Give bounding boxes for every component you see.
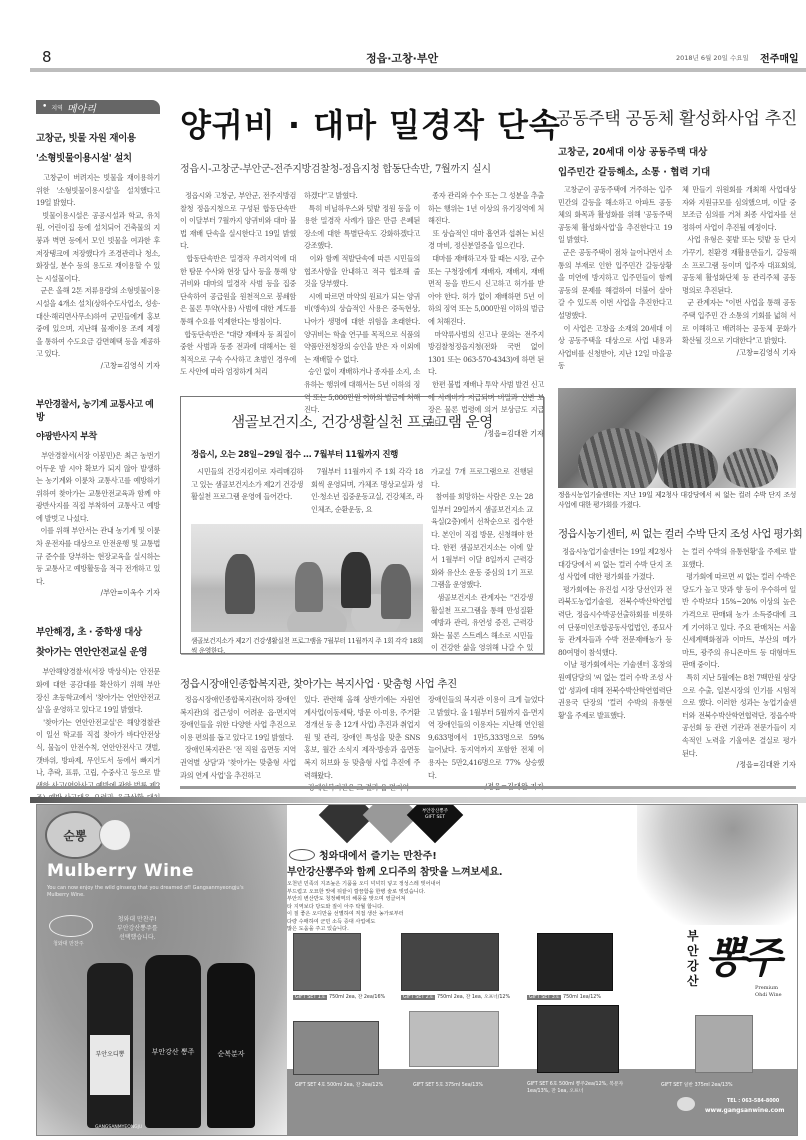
housing-byline: /고창=김영식 기자 [682,348,796,358]
sidebar-article-2: 부안경찰서, 농기계 교통사고 예방 야광반사지 부착 부안경찰서(서장 이봉민… [36,397,160,599]
article-bottom-rule [180,786,796,789]
lead-headline: 양귀비 · 대마 밀경작 단속 [180,100,561,146]
sidebar-label-prefix: 지역 [51,103,63,112]
gift-set-6: GIFT SET 6호 500ml 뽕주2ea/12%, 복분자1ea/13%,… [527,1081,637,1095]
exercise-person [225,554,255,614]
welfare-column-3-wrap: 장애인들의 복지관 이용이 크게 늘었다고 밝혔다. 올 1월부터 5월까지 읍… [428,694,544,795]
advertisement: 순뽕 Mulberry Wine You can now enjoy the w… [36,804,798,1136]
exercise-photo [191,524,423,632]
ad-website: www.gangsanwine.com [705,1107,784,1114]
watermelon-shape [578,428,658,488]
gift-set-4: GIFT SET 4호 500ml 2ea, 잔 2ea/12% [295,1081,383,1088]
health-column-3: 가교실 7개 프로그램으로 진행된다. 참여를 희망하는 사람은 오는 28일부… [431,466,533,654]
bottle-2: 부안강산 뽕주 [145,955,201,1128]
watermelon-headline: 정읍시농기센터, 씨 없는 컬러 수박 단지 조성 사업 평가회 [558,526,798,541]
bluehouse-emblem [49,915,93,937]
paper-name: 전주매일 [760,50,799,65]
premium-label: Premium Ohdi Wine [755,985,782,999]
housing-column-1: 고창군이 공동주택에 거주하는 입주민간의 갈등을 해소하고 아파트 공동체의 … [558,184,672,373]
watermelon-photo-caption: 정읍시농업기술센터는 지난 19일 제2청사 대강당에서 씨 없는 컬러 수박 … [558,490,796,510]
article-title: 부안경찰서, 농기계 교통사고 예방 [36,397,160,423]
watermelon-shape [658,443,718,488]
article-body: 고창군이 버려지는 빗물을 재이용하기 위한 '소형빗물이용시설'을 설치했다고… [36,172,160,361]
gift-set-spec: 375ml 2ea/13% [695,1083,733,1088]
gift-set-label: GIFT SET 1호 [293,995,327,1000]
gift-set-label: GIFT SET 2호 [401,995,435,1000]
header-rule [30,68,806,72]
byline: /고창=김영식 기자 [36,361,160,371]
bullet-icon: • [42,102,47,112]
footer-brand: GANGSANMYEONGJU [95,1125,142,1130]
gift-set-spec: 500ml 2ea, 잔 2ea/12% [327,1083,383,1088]
health-headline: 샘골보건지소, 건강생활실천 프로그램 운영 [181,411,543,432]
health-column-1: 시민들의 건강지킴이로 자리매김하고 있는 샘골보건지소가 제2기 건강생활실천… [191,466,303,516]
health-column-3-wrap: 가교실 7개 프로그램으로 진행된다. 참여를 희망하는 사람은 오는 28일부… [431,466,533,654]
ad-headline-1: 청와대에서 즐기는 만찬주! [319,847,437,862]
health-photo-caption: 샘골보건지소가 제2기 건강생활실천 프로그램을 7월부터 11월까지 주 1회… [191,636,423,654]
sidebar-label-bar: • 지역 메아리 [36,100,160,114]
bottle-label-text: 순복분자 [209,1049,253,1059]
mascot-logo: 순뽕 [45,811,105,859]
gift-box-4 [293,1021,379,1075]
bottle-label [90,1035,130,1095]
housing-column-2-wrap: 체 만들기 위원회를 개최해 사업대상자와 지원규모를 심의했으며, 이달 중 … [682,184,796,373]
article-title: 고창군, 빗물 자원 재이용 [36,130,160,144]
sidebar-label: 메아리 [67,100,96,115]
diamond-label: 부안강산뽕주 GIFT SET [415,809,455,821]
product-tagline: You can now enjoy the wild ginseng that … [47,885,247,899]
company-logo-icon [677,1097,695,1111]
sidebar: • 지역 메아리 고창군, 빗물 자원 재이용 '소형빗물이용시설' 설치 고창… [36,100,160,903]
gift-set-spec: 375ml 5ea/13% [445,1083,483,1088]
watermelon-columns: 정읍시농업기술센터는 19일 제2청사 대강당에서 씨 없는 컬러 수박 단지 … [558,546,796,770]
ad-headline-2: 부안강산뽕주와 함께 오디주의 참맛을 느껴보세요. [287,863,502,878]
page-number: 8 [42,48,52,66]
bottle-label-text: 부안오디뽕 [91,1049,129,1058]
health-columns: 시민들의 건강지킴이로 자리매김하고 있는 샘골보건지소가 제2기 건강생활실천… [181,466,543,654]
article-title: 부안해경, 초 · 중학생 대상 [36,624,160,638]
welfare-headline: 정읍시장애인종합복지관, 찾아가는 복지사업 · 맞춤형 사업 추진 [180,676,457,691]
watermelon-photo [558,388,796,488]
bluehouse-text: 청와대 만찬주! 부안강산뽕주를 선택했습니다. [117,915,158,942]
sidebar-bottom-rule [36,786,160,789]
gift-box-3 [537,933,613,991]
gift-box-7 [695,1015,753,1073]
health-box: 샘골보건지소, 건강생활실천 프로그램 운영 정읍시, 오는 28일~29일 접… [180,396,544,654]
bluehouse-small-emblem [289,849,315,861]
ad-right-wash [637,805,797,925]
health-column-2: 7월부터 11월까지 주 1회 각각 18회씩 운영되며, 가체조 명상교실과 … [311,466,423,516]
mascot-icon [99,819,131,851]
gift-set-3: GIFT SET 3호 750ml 1ea/12% [527,993,601,1000]
welfare-column-2: 있다. 관련해 올해 상반기에는 자원연계사업(이동세탁, 방문 이·미용, 주… [304,694,420,795]
article-body: 부안경찰서(서장 이봉민)은 최근 농번기 어두운 밤 시야 확보가 되지 않아… [36,450,160,589]
housing-subhead-2: 입주민간 갈등해소, 소통 · 협력 기대 [558,164,710,178]
watermelon-column-1: 정읍시농업기술센터는 19일 제2청사 대강당에서 씨 없는 컬러 수박 단지 … [558,546,672,770]
gift-set-label: GIFT SET 6호 [527,1082,557,1087]
bottle-label-text: 부안강산 뽕주 [149,1047,197,1057]
sidebar-article-1: 고창군, 빗물 자원 재이용 '소형빗물이용시설' 설치 고창군이 버려지는 빗… [36,130,160,371]
gift-box-6 [537,1005,619,1073]
gift-set-label: GIFT SET 3호 [527,995,561,1000]
bottle-1: 부안오디뽕 [87,963,133,1128]
health-intro-columns: 시민들의 건강지킴이로 자리매김하고 있는 샘골보건지소가 제2기 건강생활실천… [191,466,423,516]
brand-logo-text: 순뽕 [63,827,86,844]
housing-subhead-1: 고창군, 20세대 이상 공동주택 대상 [558,144,707,158]
article-title-2: '소형빗물이용시설' 설치 [36,150,160,164]
gift-set-7: GIFT SET 일반 375ml 2ea/13% [661,1081,733,1088]
gift-set-spec: 750ml 2ea, 잔 1ea, 오프너/12% [437,995,510,1000]
housing-columns: 고창군이 공동주택에 거주하는 입주민간의 갈등을 해소하고 아파트 공동체의 … [558,184,796,373]
gift-set-label: GIFT SET 5호 [413,1083,443,1088]
article-title-2: 찾아가는 연안안전교실 운영 [36,644,160,658]
byline: /부안=이옥수 기자 [36,588,160,598]
housing-column-2: 체 만들기 위원회를 개최해 사업대상자와 지원규모를 심의했으며, 이달 중 … [682,184,796,348]
issue-date: 2018년 6월 20일 수요일 [676,53,749,62]
exercise-person [295,562,323,612]
health-top-row: 정읍시, 오는 28일~29일 접수 … 7월부터 11월까지 진행 [181,448,543,460]
exercise-person [381,564,411,619]
gift-box-1 [293,933,361,991]
ad-top-rule [30,797,806,803]
bluehouse-label: 청와대 만찬주 [53,940,84,947]
gift-set-2: GIFT SET 2호 750ml 2ea, 잔 1ea, 오프너/12% [401,993,510,1000]
gift-set-spec: 750ml 2ea, 잔 2ea/16% [329,995,385,1000]
lead-subhead: 정읍시-고창군-부안군-전주지방검찰청-정읍지청 합동단속반, 7월까지 실시 [180,160,491,175]
welfare-column-1: 정읍시장애인종합복지관(이하 장애인복지관)의 접근성이 어려운 읍·면지역 장… [180,694,296,795]
article-title-2: 야광반사지 부착 [36,429,160,442]
ad-phone: TEL : 063-584-8000 [727,1099,779,1104]
watermelon-byline: /정읍=김대완 기자 [682,760,796,770]
gift-set-5: GIFT SET 5호 375ml 5ea/13% [413,1081,483,1088]
gift-box-5 [409,1011,499,1067]
gift-set-1: GIFT SET 1호 750ml 2ea, 잔 2ea/16% [293,993,385,1000]
welfare-columns: 정읍시장애인종합복지관(이하 장애인복지관)의 접근성이 어려운 읍·면지역 장… [180,694,544,795]
calligraphy-main: 뽕주 [705,925,778,985]
exercise-person [341,552,371,608]
bottle-3: 순복분자 [207,963,255,1128]
gift-set-spec: 750ml 1ea/12% [563,995,601,1000]
watermelon-column-2-wrap: 는 컬러 수박의 유통현황'을 주제로 발표했다. 평가회에 따르면 씨 없는 … [682,546,796,770]
housing-headline: 공동주택 공동체 활성화사업 추진 [556,104,797,129]
product-title: Mulberry Wine [47,861,194,881]
gift-set-label: GIFT SET 일반 [661,1083,693,1088]
section-title: 정읍·고창·부안 [366,50,438,66]
health-subhead: 정읍시, 오는 28일~29일 접수 … 7월부터 11월까지 진행 [191,448,423,460]
welfare-column-3: 장애인들의 복지관 이용이 크게 늘었다고 밝혔다. 올 1월부터 5월까지 읍… [428,694,544,782]
lead-column-3: 종자 관리와 수수 또는 그 성분을 추출하는 행위는 1년 이상의 유기징역에… [428,190,544,429]
watermelon-column-2: 는 컬러 수박의 유통현황'을 주제로 발표했다. 평가회에 따르면 씨 없는 … [682,546,796,760]
ad-bottom-band [287,1069,797,1135]
ad-description: 오천년 민족의 지조높은 기품을 오디 넉넉히 넣고 정성스레 빚어내어 부드럽… [287,881,441,934]
health-left-block: 시민들의 건강지킴이로 자리매김하고 있는 샘골보건지소가 제2기 건강생활실천… [191,466,423,654]
gift-set-label: GIFT SET 4호 [295,1083,325,1088]
gift-box-2 [401,933,499,991]
calligraphy-side: 부안강산 [687,929,701,989]
watermelon-shape [723,448,778,488]
